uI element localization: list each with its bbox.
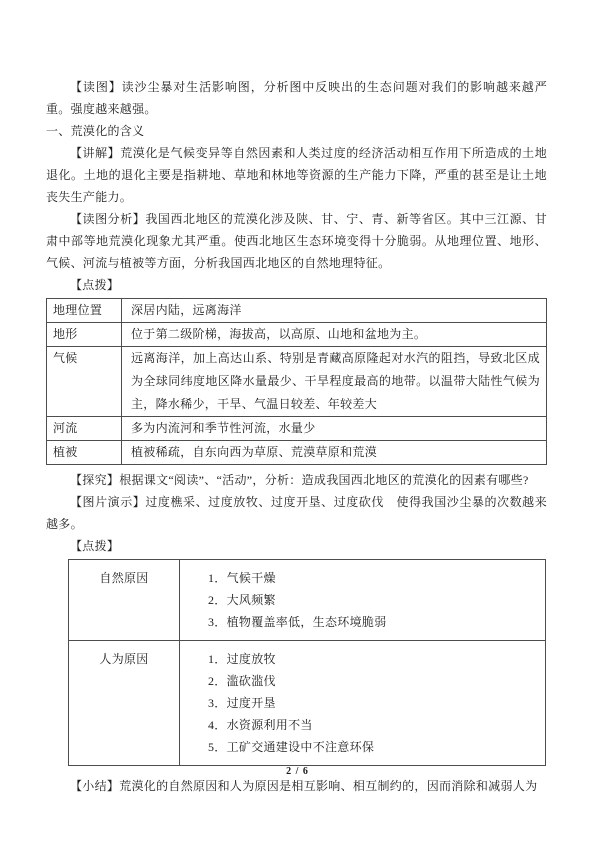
para-reading: 【读图】读沙尘暴对生活影响图，分析图中反映出的生态问题对我们的影响越来越严重。强…	[46, 76, 547, 120]
table-row: 人为原因 1．过度放牧 2．滥砍滥伐 3．过度开垦 4．水资源利用不当 5．工矿…	[69, 641, 546, 766]
row-label: 自然原因	[69, 560, 180, 641]
row-value: 植被稀疏，自东向西为草原、荒漠草原和荒漠	[122, 441, 547, 465]
causes-table: 自然原因 1．气候干燥 2．大风频繁 3．植物覆盖率低，生态环境脆弱 人为原因 …	[68, 559, 546, 766]
para-map-analysis: 【读图分析】我国西北地区的荒漠化涉及陕、甘、宁、青、新等省区。其中三江源、甘肃中…	[46, 208, 547, 274]
list-item: 2．滥砍滥伐	[208, 670, 539, 692]
list-item: 3．过度开垦	[208, 692, 539, 714]
list-item: 1．过度放牧	[208, 648, 539, 670]
row-value: 深居内陆，远离海洋	[122, 299, 547, 323]
list-item: 4．水资源利用不当	[208, 714, 539, 736]
para-picture-demo: 【图片演示】过度樵采、过度放牧、过度开垦、过度砍伐 使得我国沙尘暴的次数越来越多…	[46, 491, 547, 535]
para-explain: 【讲解】荒漠化是气候变异等自然因素和人类过度的经济活动相互作用下所造成的土地退化…	[46, 142, 547, 208]
row-label: 气候	[47, 347, 122, 417]
list-item: 5．工矿交通建设中不注意环保	[208, 736, 539, 758]
row-label: 地理位置	[47, 299, 122, 323]
list-item: 3．植物覆盖率低，生态环境脆弱	[208, 611, 539, 633]
table-row: 地形 位于第二级阶梯，海拔高，以高原、山地和盆地为主。	[47, 323, 547, 347]
row-value: 远离海洋，加上高达山系、特别是青藏高原隆起对水汽的阻挡，导致北区成为全球同纬度地…	[122, 347, 547, 417]
document-content: 【读图】读沙尘暴对生活影响图，分析图中反映出的生态问题对我们的影响越来越严重。强…	[46, 76, 547, 797]
list-item: 2．大风频繁	[208, 589, 539, 611]
table-row: 河流 多为内流河和季节性河流，水量少	[47, 417, 547, 441]
row-label: 地形	[47, 323, 122, 347]
para-explore: 【探究】根据课文“阅读”、“活动”，分析：造成我国西北地区的荒漠化的因素有哪些?	[46, 469, 547, 491]
table-row: 植被 植被稀疏，自东向西为草原、荒漠草原和荒漠	[47, 441, 547, 465]
row-value: 多为内流河和季节性河流，水量少	[122, 417, 547, 441]
row-items: 1．过度放牧 2．滥砍滥伐 3．过度开垦 4．水资源利用不当 5．工矿交通建设中…	[180, 641, 546, 766]
para-summary: 【小结】荒漠化的自然原因和人为原因是相互影响、相互制约的，因而消除和减弱人为	[46, 775, 547, 797]
list-item: 1．气候干燥	[208, 567, 539, 589]
page-number: 2 / 6	[0, 766, 595, 777]
row-label: 河流	[47, 417, 122, 441]
table-row: 地理位置 深居内陆，远离海洋	[47, 299, 547, 323]
section-heading: 一、荒漠化的含义	[46, 120, 547, 142]
label-dianbo-1: 【点拨】	[46, 274, 547, 296]
geography-table: 地理位置 深居内陆，远离海洋 地形 位于第二级阶梯，海拔高，以高原、山地和盆地为…	[46, 298, 547, 465]
row-items: 1．气候干燥 2．大风频繁 3．植物覆盖率低，生态环境脆弱	[180, 560, 546, 641]
row-label: 人为原因	[69, 641, 180, 766]
document-page: 【读图】读沙尘暴对生活影响图，分析图中反映出的生态问题对我们的影响越来越严重。强…	[0, 0, 595, 841]
table-row: 自然原因 1．气候干燥 2．大风频繁 3．植物覆盖率低，生态环境脆弱	[69, 560, 546, 641]
label-dianbo-2: 【点拨】	[46, 535, 547, 557]
row-value: 位于第二级阶梯，海拔高，以高原、山地和盆地为主。	[122, 323, 547, 347]
row-label: 植被	[47, 441, 122, 465]
table-row: 气候 远离海洋，加上高达山系、特别是青藏高原隆起对水汽的阻挡，导致北区成为全球同…	[47, 347, 547, 417]
